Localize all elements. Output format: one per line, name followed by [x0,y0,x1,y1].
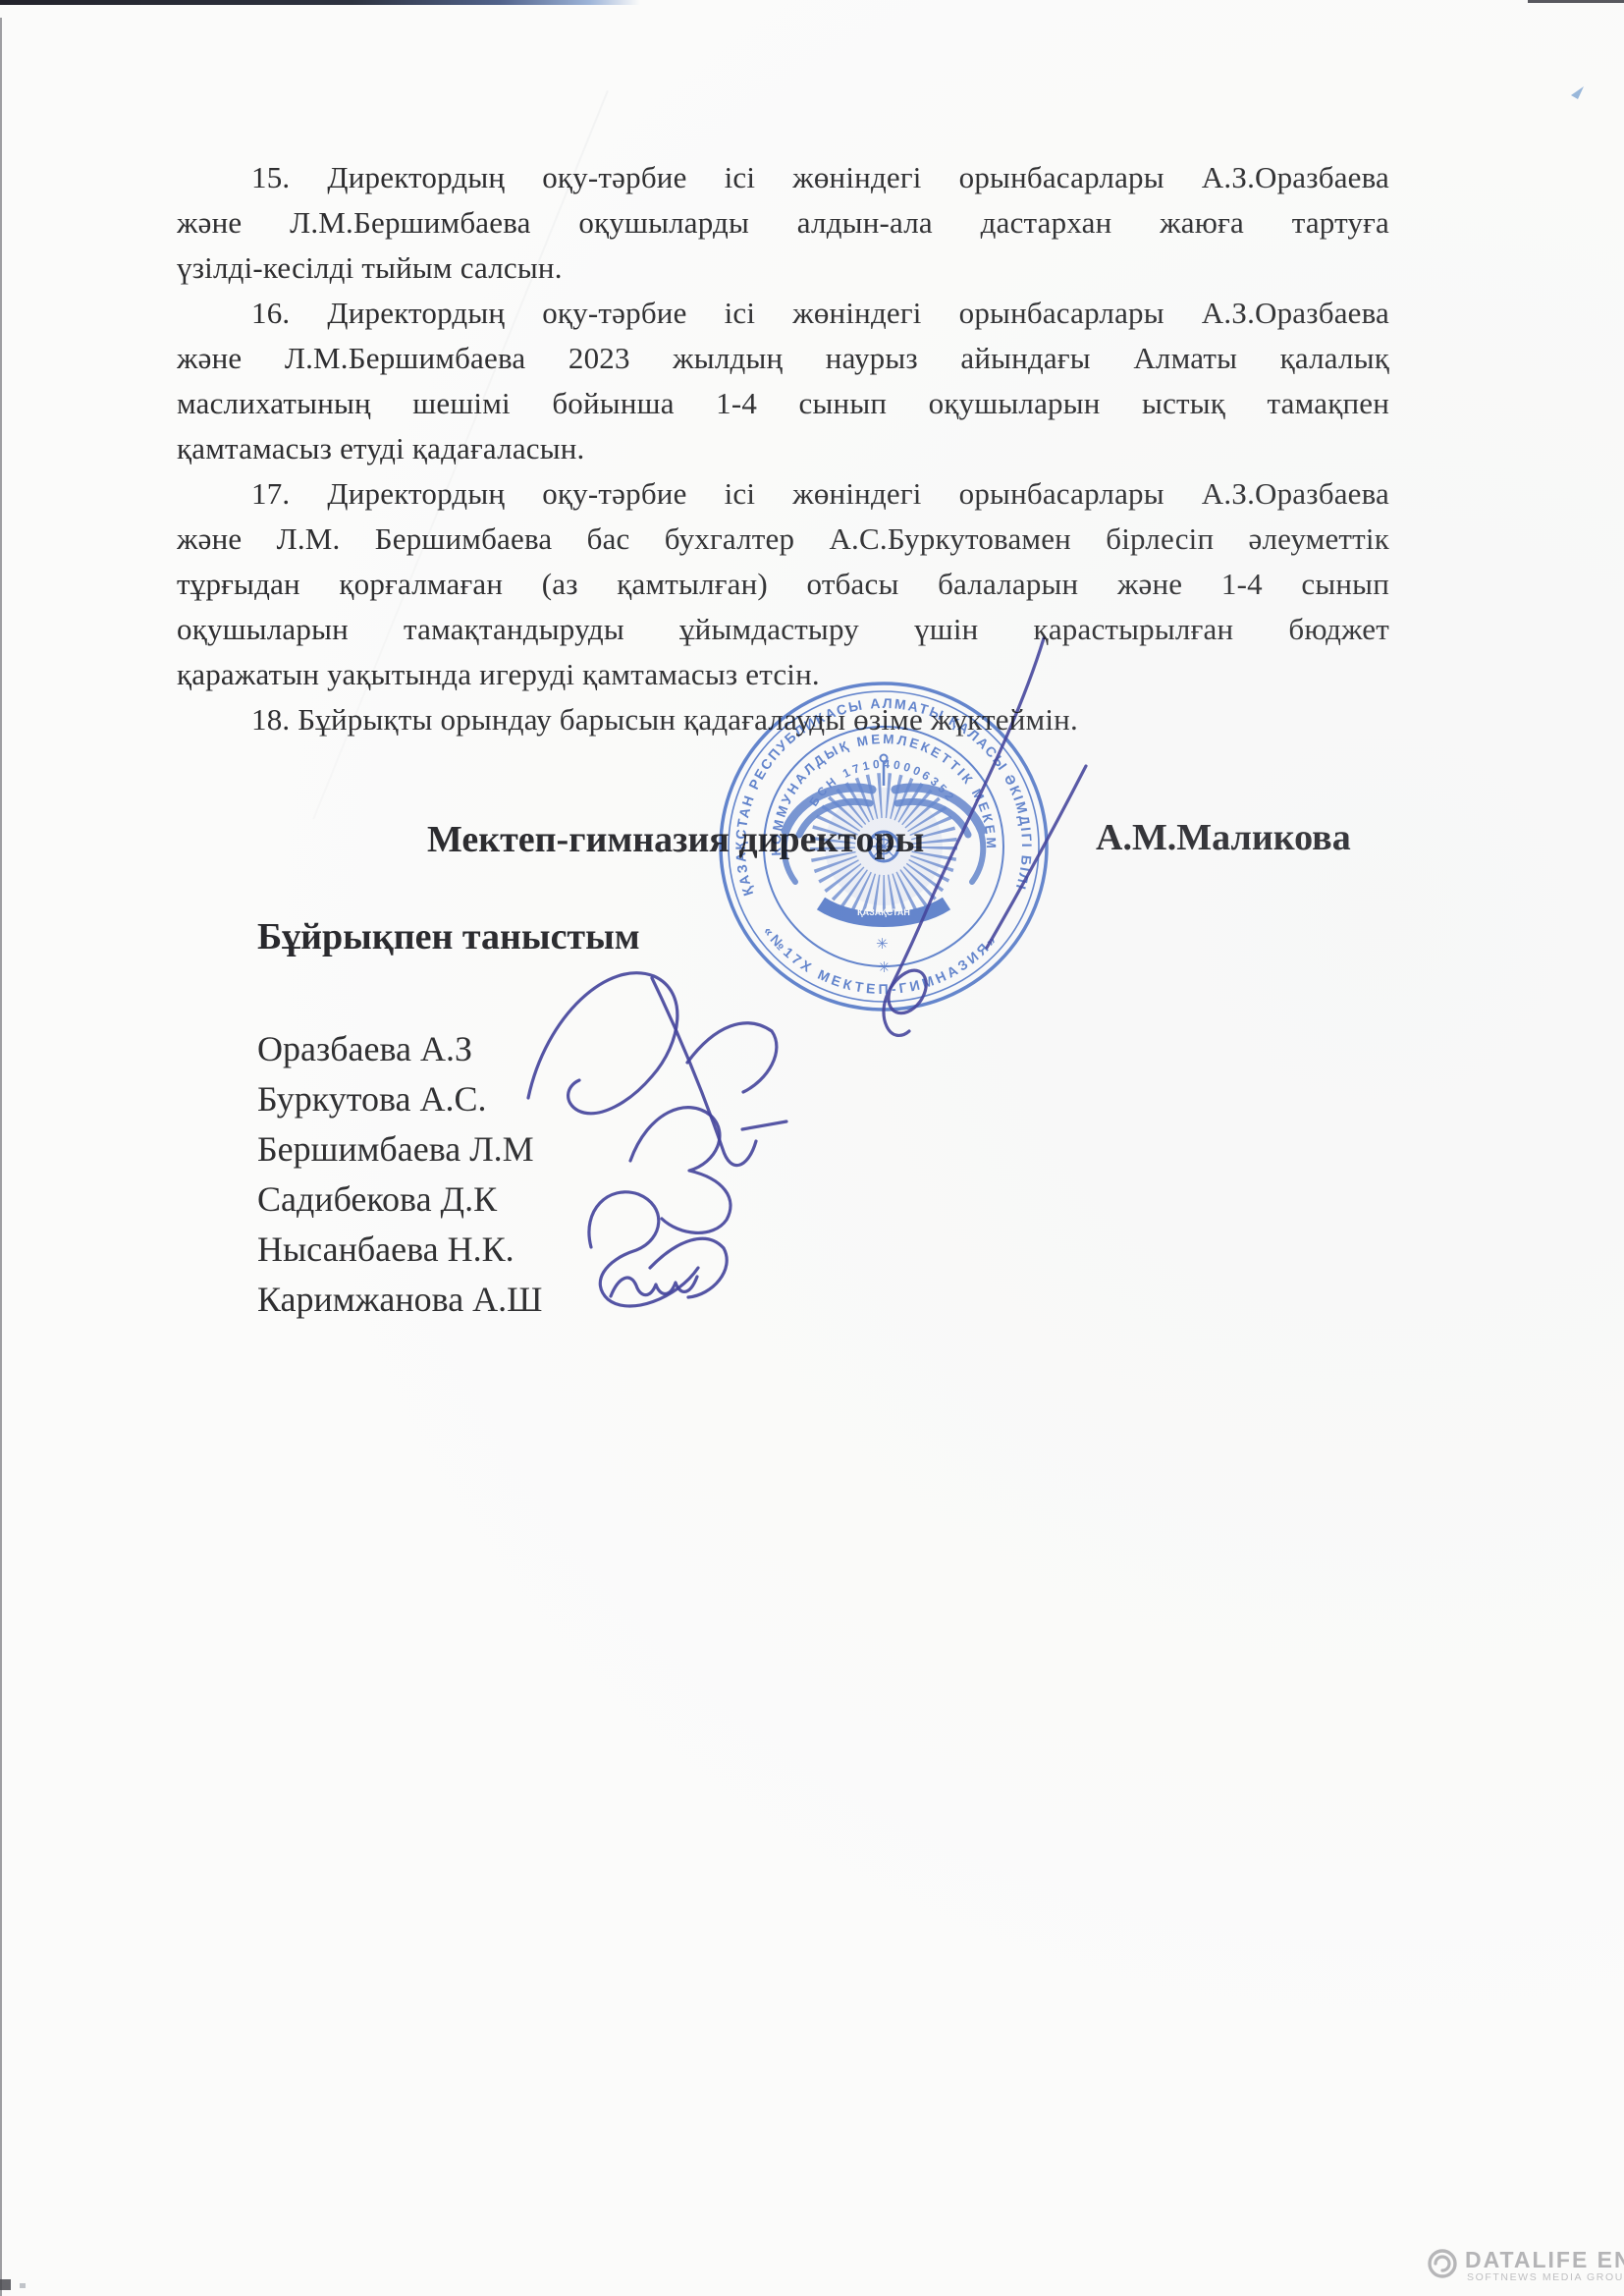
acknowledgement-signatures [528,973,786,1306]
paragraph-line: 16. Директордың оқу-тәрбие ісі жөніндегі… [177,291,1389,336]
corner-dot-artifact [20,2283,26,2288]
paragraph-18: 18. Бұйрықты орындау барысын қадағалауды… [177,697,1389,742]
paragraph-15: 15. Директордың оқу-тәрбие ісі жөніндегі… [177,155,1389,291]
watermark-subtitle: SOFTNEWS MEDIA GROUP [1467,2271,1624,2283]
stamp-asterisk: ✳ [876,936,889,953]
acknowledgement-name-list: Оразбаева А.З Буркутова А.С. Бершимбаева… [257,1024,543,1325]
paragraph-16: 16. Директордың оқу-тәрбие ісі жөніндегі… [177,291,1389,471]
pen-mark-artifact [1571,86,1584,99]
scanner-edge-strip-left [0,0,640,5]
ack-name: Оразбаева А.З [257,1024,543,1074]
paragraph-line: және Л.М. Бершимбаева бас бухгалтер А.С.… [177,517,1389,562]
watermark-title: DATALIFE ENGINE [1465,2247,1624,2273]
scanner-edge-strip-right [1528,0,1624,3]
paragraph-line: үзілді-кесілді тыйым салсын. [177,246,1389,291]
paragraph-line: қаражатын уақытында игеруді қамтамасыз е… [177,652,1389,697]
ack-name: Нысанбаева Н.К. [257,1225,543,1275]
emblem-star [881,755,888,762]
ack-name: Бершимбаева Л.М [257,1124,543,1175]
corner-artifact [0,2279,11,2290]
paragraph-line: және Л.М.Бершимбаева оқушыларды алдын-ал… [177,200,1389,246]
paragraph-line: 15. Директордың оқу-тәрбие ісі жөніндегі… [177,155,1389,200]
scanned-order-page: 15. Директордың оқу-тәрбие ісі жөніндегі… [0,0,1624,2296]
scanner-edge-line [0,18,2,2296]
order-text-block: 15. Директордың оқу-тәрбие ісі жөніндегі… [177,155,1389,742]
datalife-engine-icon [1426,2247,1459,2280]
paragraph-line: 18. Бұйрықты орындау барысын қадағалауды… [177,697,1389,742]
paragraph-line: тұрғыдан қорғалмаған (аз қамтылған) отба… [177,562,1389,607]
director-name: А.М.Маликова [1096,816,1351,859]
paragraph-line: оқушыларын тамақтандыруды ұйымдастыру үш… [177,607,1389,652]
stamp-ring-text-bottom: «№17Х МЕКТЕП-ГИМНАЗИЯ» [761,923,1001,997]
stamp-bin-text: БСН 171040006352 [806,757,958,809]
emblem-ribbon-label: ҚАЗАҚСТАН [857,907,910,917]
paragraph-line: және Л.М.Бершимбаева 2023 жылдың наурыз … [177,336,1389,381]
director-title: Мектеп-гимназия директоры [427,818,924,861]
ack-name: Буркутова А.С. [257,1074,543,1124]
acknowledgement-heading: Бұйрықпен таныстым [257,915,640,958]
ack-name: Садибекова Д.К [257,1175,543,1225]
paragraph-line: маслихатының шешімі бойынша 1-4 сынып оқ… [177,381,1389,426]
paragraph-17: 17. Директордың оқу-тәрбие ісі жөніндегі… [177,471,1389,697]
ack-name: Каримжанова А.Ш [257,1275,543,1325]
paragraph-line: қамтамасыз етуді қадағаласын. [177,426,1389,471]
emblem-ribbon [821,903,947,920]
stamp-asterisk: ✳ [878,959,891,976]
paragraph-line: 17. Директордың оқу-тәрбие ісі жөніндегі… [177,471,1389,517]
